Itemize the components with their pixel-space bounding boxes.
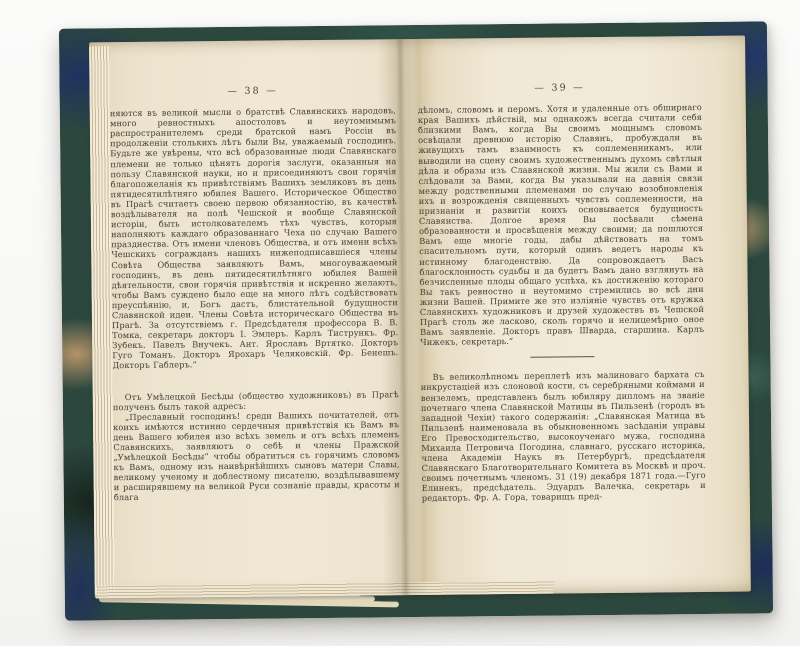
right-page-number: — 39 —: [418, 82, 702, 95]
right-page: — 39 — дѣломъ, словомъ и перомъ. Хотя и …: [418, 82, 706, 504]
open-book: — 38 — няются въ великой мысли о братств…: [59, 21, 773, 620]
book-photograph: — 38 — няются въ великой мысли о братств…: [0, 0, 800, 646]
left-page-paragraph-address-quote: „Преславный господинъ! среди Вашихъ почи…: [113, 409, 400, 503]
section-divider-rule: [530, 356, 594, 358]
left-page: — 38 — няются въ великой мысли о братств…: [110, 85, 400, 503]
right-page-paragraph-continuation: дѣломъ, словомъ и перомъ. Хотя и удаленн…: [418, 102, 705, 347]
left-page-number: — 38 —: [110, 85, 396, 98]
left-page-paragraph-continuation: няются въ великой мысли о братствѣ Славя…: [110, 105, 399, 370]
page-block: — 38 — няются въ великой мысли о братств…: [89, 36, 751, 599]
right-page-paragraph-diploma: Въ великолѣпномъ переплетѣ изъ малиноваг…: [421, 369, 706, 503]
